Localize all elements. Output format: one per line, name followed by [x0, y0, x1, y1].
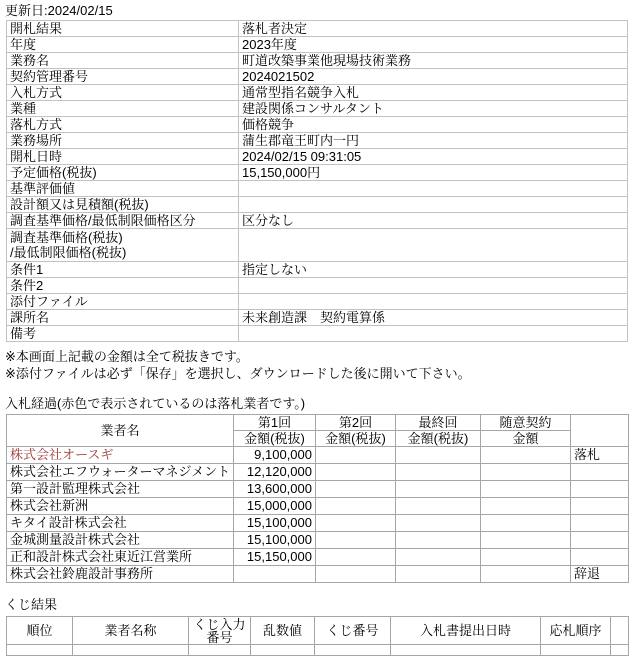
amount-ex-tax-header: 金額(税抜) — [234, 431, 316, 447]
info-label: 開札結果 — [7, 21, 239, 37]
status-cell: 辞退 — [571, 566, 629, 583]
lottery-number-header: くじ番号 — [315, 617, 391, 645]
info-label: 落札方式 — [7, 117, 239, 133]
info-row: 調査基準価格/最低制限価格区分区分なし — [7, 213, 628, 229]
bid-info-table: 開札結果落札者決定 年度2023年度 業務名町道改築事業他現場技術業務 契約管理… — [6, 20, 628, 342]
info-label: 年度 — [7, 37, 239, 53]
amount-cell — [396, 447, 481, 464]
info-value: 2023年度 — [239, 37, 628, 53]
bid-row: 株式会社鈴鹿設計事務所 辞退 — [7, 566, 629, 583]
info-row: 年度2023年度 — [7, 37, 628, 53]
bid-row: 株式会社オースギ 9,100,000 落札 — [7, 447, 629, 464]
info-value — [239, 197, 628, 213]
discretionary-header: 随意契約 — [481, 415, 571, 431]
final-round-header: 最終回 — [396, 415, 481, 431]
lottery-header-row: 順位 業者名称 くじ入力番号 乱数値 くじ番号 入札書提出日時 応札順序 — [7, 617, 629, 645]
info-row: 開札日時2024/02/15 09:31:05 — [7, 149, 628, 165]
info-value: 2024/02/15 09:31:05 — [239, 149, 628, 165]
info-row: 契約管理番号2024021502 — [7, 69, 628, 85]
info-value: 未来創造課 契約電算係 — [239, 310, 628, 326]
vendor-header: 業者名 — [7, 415, 234, 447]
lottery-empty-row — [7, 645, 629, 656]
info-label: 課所名 — [7, 310, 239, 326]
status-cell: 落札 — [571, 447, 629, 464]
info-value — [239, 294, 628, 310]
bid-row: キタイ設計株式会社 15,100,000 — [7, 515, 629, 532]
info-row: 業種建設関係コンサルタント — [7, 101, 628, 117]
notes: ※本画面上記載の金額は全て税抜きです。 ※添付ファイルは必ず「保存」を選択し、ダ… — [5, 348, 629, 382]
info-label: 契約管理番号 — [7, 69, 239, 85]
amount-header: 金額 — [481, 431, 571, 447]
amount-cell — [316, 549, 396, 566]
status-cell — [571, 515, 629, 532]
bid-history-table: 業者名 第1回 第2回 最終回 随意契約 金額(税抜) 金額(税抜) 金額(税抜… — [6, 414, 629, 583]
info-row: 条件1指定しない — [7, 262, 628, 278]
amount-cell — [481, 498, 571, 515]
bid-row: 正和設計株式会社東近江営業所 15,150,000 — [7, 549, 629, 566]
amount-cell: 15,100,000 — [234, 515, 316, 532]
amount-cell — [481, 481, 571, 498]
amount-cell — [396, 515, 481, 532]
status-header — [571, 415, 629, 447]
amount-cell — [396, 464, 481, 481]
vendor-name-cell: キタイ設計株式会社 — [7, 515, 234, 532]
info-label: 基準評価値 — [7, 181, 239, 197]
info-label: 備考 — [7, 326, 239, 342]
info-row: 落札方式価格競争 — [7, 117, 628, 133]
info-row: 基準評価値 — [7, 181, 628, 197]
amount-cell — [396, 481, 481, 498]
info-row: 添付ファイル — [7, 294, 628, 310]
info-value — [239, 181, 628, 197]
vendor-name-cell: 金城測量設計株式会社 — [7, 532, 234, 549]
info-value — [239, 229, 628, 262]
bid-submission-time-header: 入札書提出日時 — [391, 617, 541, 645]
status-cell — [571, 532, 629, 549]
info-value: 蒲生郡竜王町内一円 — [239, 133, 628, 149]
amount-cell — [316, 515, 396, 532]
amount-cell — [316, 447, 396, 464]
amount-cell — [396, 566, 481, 583]
round1-header: 第1回 — [234, 415, 316, 431]
amount-cell: 15,150,000 — [234, 549, 316, 566]
amount-cell — [481, 532, 571, 549]
vendor-name-cell: 正和設計株式会社東近江営業所 — [7, 549, 234, 566]
info-label: 予定価格(税抜) — [7, 165, 239, 181]
amount-cell: 15,000,000 — [234, 498, 316, 515]
bid-row: 金城測量設計株式会社 15,100,000 — [7, 532, 629, 549]
info-value: 町道改築事業他現場技術業務 — [239, 53, 628, 69]
amount-cell: 13,600,000 — [234, 481, 316, 498]
info-row: 業務場所蒲生郡竜王町内一円 — [7, 133, 628, 149]
update-date: 更新日:2024/02/15 — [0, 0, 629, 20]
bid-header-row: 業者名 第1回 第2回 最終回 随意契約 — [7, 415, 629, 431]
info-row: 開札結果落札者決定 — [7, 21, 628, 37]
info-label: 添付ファイル — [7, 294, 239, 310]
vendor-name-header: 業者名称 — [73, 617, 189, 645]
vendor-name-cell: 株式会社エフウォーターマネジメント — [7, 464, 234, 481]
amount-cell — [316, 481, 396, 498]
info-row: 条件2 — [7, 278, 628, 294]
lottery-table: 順位 業者名称 くじ入力番号 乱数値 くじ番号 入札書提出日時 応札順序 — [6, 616, 629, 656]
amount-cell — [481, 515, 571, 532]
info-value: 2024021502 — [239, 69, 628, 85]
info-label: 業務場所 — [7, 133, 239, 149]
info-label: 調査基準価格/最低制限価格区分 — [7, 213, 239, 229]
amount-cell — [396, 532, 481, 549]
info-label: 業務名 — [7, 53, 239, 69]
note-tax: ※本画面上記載の金額は全て税抜きです。 — [5, 348, 629, 365]
amount-cell — [481, 566, 571, 583]
lottery-input-number-header: くじ入力番号 — [189, 617, 251, 645]
vendor-name-cell: 株式会社新洲 — [7, 498, 234, 515]
info-row: 予定価格(税抜)15,150,000円 — [7, 165, 628, 181]
info-row: 入札方式通常型指名競争入札 — [7, 85, 628, 101]
status-cell — [571, 498, 629, 515]
amount-cell: 9,100,000 — [234, 447, 316, 464]
info-value: 価格競争 — [239, 117, 628, 133]
info-value: 15,150,000円 — [239, 165, 628, 181]
amount-cell — [316, 498, 396, 515]
info-label: 条件1 — [7, 262, 239, 278]
status-cell — [571, 464, 629, 481]
amount-cell — [481, 549, 571, 566]
bid-order-header: 応札順序 — [541, 617, 611, 645]
info-value: 区分なし — [239, 213, 628, 229]
amount-cell: 15,100,000 — [234, 532, 316, 549]
bid-row: 第一設計監理株式会社 13,600,000 — [7, 481, 629, 498]
info-value — [239, 326, 628, 342]
info-value: 落札者決定 — [239, 21, 628, 37]
info-value — [239, 278, 628, 294]
info-row: 設計額又は見積額(税抜) — [7, 197, 628, 213]
round2-header: 第2回 — [316, 415, 396, 431]
info-row: 備考 — [7, 326, 628, 342]
amount-cell — [481, 447, 571, 464]
amount-cell — [316, 532, 396, 549]
bid-history-title: 入札経過(赤色で表示されているのは落札業者です。) — [5, 396, 629, 411]
lottery-title: くじ結果 — [5, 597, 629, 612]
amount-cell — [396, 498, 481, 515]
info-label: 設計額又は見積額(税抜) — [7, 197, 239, 213]
amount-ex-tax-header: 金額(税抜) — [396, 431, 481, 447]
random-number-header: 乱数値 — [251, 617, 315, 645]
amount-cell — [481, 464, 571, 481]
vendor-name-cell: 第一設計監理株式会社 — [7, 481, 234, 498]
vendor-name-cell: 株式会社鈴鹿設計事務所 — [7, 566, 234, 583]
amount-cell — [234, 566, 316, 583]
info-label: 調査基準価格(税抜) /最低制限価格(税抜) — [7, 229, 239, 262]
info-row: 課所名未来創造課 契約電算係 — [7, 310, 628, 326]
amount-cell — [316, 566, 396, 583]
amount-cell: 12,120,000 — [234, 464, 316, 481]
amount-cell — [316, 464, 396, 481]
status-cell — [571, 481, 629, 498]
info-value: 指定しない — [239, 262, 628, 278]
status-cell — [571, 549, 629, 566]
info-label: 開札日時 — [7, 149, 239, 165]
info-label: 入札方式 — [7, 85, 239, 101]
rank-header: 順位 — [7, 617, 73, 645]
blank-header — [611, 617, 629, 645]
info-value: 通常型指名競争入札 — [239, 85, 628, 101]
bid-row: 株式会社エフウォーターマネジメント 12,120,000 — [7, 464, 629, 481]
info-value: 建設関係コンサルタント — [239, 101, 628, 117]
amount-ex-tax-header: 金額(税抜) — [316, 431, 396, 447]
amount-cell — [396, 549, 481, 566]
info-label: 業種 — [7, 101, 239, 117]
note-attachment: ※添付ファイルは必ず「保存」を選択し、ダウンロードした後に開いて下さい。 — [5, 365, 629, 382]
info-row: 業務名町道改築事業他現場技術業務 — [7, 53, 628, 69]
bid-row: 株式会社新洲 15,000,000 — [7, 498, 629, 515]
vendor-name-cell: 株式会社オースギ — [7, 447, 234, 464]
info-row: 調査基準価格(税抜) /最低制限価格(税抜) — [7, 229, 628, 262]
info-label: 条件2 — [7, 278, 239, 294]
